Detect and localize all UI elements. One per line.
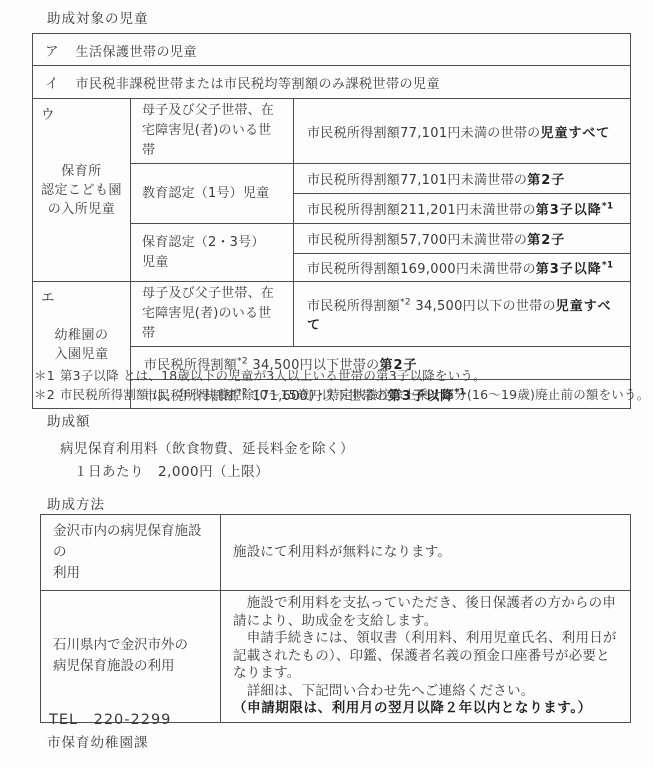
row-u-category-line: 認定こども園 [33, 181, 130, 200]
method-row-2-paragraph: 詳細は、下記問い合わせ先へご連絡ください。 [233, 683, 618, 701]
table-row-u-1: ウ 保育所 認定こども園 の入所児童 母子及び父子世帯、在宅障害児(者)のいる世… [33, 99, 631, 164]
row-e-label: エ [41, 286, 55, 306]
row-u-condition-1: 市民税所得割額77,101円未満の世帯の児童すべて [294, 99, 631, 164]
eligibility-table: ア生活保護世帯の児童 イ市民税非課税世帯または市民税均等割額のみ課税世帯の児童 … [32, 33, 631, 409]
row-u-condition-4: 市民税所得割額57,700円未満世帯の第2子 [294, 224, 631, 254]
row-e-category-line: 入園児童 [33, 345, 130, 364]
condition-target: 第2子 [527, 233, 565, 248]
row-u-category-line: の入所児童 [33, 200, 130, 219]
section-title-eligible-children: 助成対象の児童 [47, 7, 149, 27]
condition-target: 第3子以降 [536, 203, 602, 218]
row-u-category: 保育所 認定こども園 の入所児童 [33, 162, 130, 219]
method-row-1-paragraph: 施設にて利用料が無料になります。 [233, 544, 618, 562]
contact-phone: TEL 220-2299 [49, 708, 171, 729]
condition-target: 第2子 [527, 173, 565, 188]
method-row-outside-city: 石川県内で金沢市外の 病児保育施設の利用 施設で利用料を支払っていただき、後日保… [41, 591, 631, 723]
row-u-type2-cell: 保育認定（2・3号） 児童 [131, 224, 294, 282]
row-u-label: ウ [41, 103, 55, 123]
row-u-type1-cell: 教育認定（1号）児童 [131, 164, 294, 224]
condition-text: 市民税所得割額169,000円未満世帯の [307, 262, 536, 277]
method-row-2-paragraph: 申請手続きには、領収書（利用料、利用児童氏名、利用日が記載されたもの）、印鑑、保… [233, 630, 618, 683]
document-page: 助成対象の児童 ア生活保護世帯の児童 イ市民税非課税世帯または市民税均等割額のみ… [0, 0, 653, 768]
row-a-text: 生活保護世帯の児童 [76, 45, 198, 60]
row-e-category-line: 幼稚園の [33, 326, 130, 345]
row-u-condition-2: 市民税所得割額77,101円未満世帯の第2子 [294, 164, 631, 194]
method-row-2-label-line: 病児保育施設の利用 [53, 656, 210, 677]
row-u-condition-5: 市民税所得割額169,000円未満世帯の第3子以降*1 [294, 254, 631, 282]
condition-text: 34,500円以下の世帯の [411, 299, 556, 314]
row-u-household-cell: 母子及び父子世帯、在宅障害児(者)のいる世帯 [131, 99, 294, 164]
section-title-subsidy-amount: 助成額 [47, 410, 91, 430]
row-u-category-cell: ウ 保育所 認定こども園 の入所児童 [33, 99, 131, 282]
row-u-type2-line: 児童 [142, 253, 281, 273]
row-e-condition-1: 市民税所得割額*2 34,500円以下の世帯の児童すべて [294, 282, 631, 347]
condition-footnote-ref: *2 [400, 298, 411, 308]
row-u-category-line: 保育所 [33, 162, 130, 181]
row-u-condition-3: 市民税所得割額211,201円未満世帯の第3子以降*1 [294, 194, 631, 224]
footnote-2-marker: ＊2 [34, 387, 55, 402]
condition-target: 第3子以降 [536, 262, 602, 277]
subsidy-amount-description: 病児保育利用料（飲食物費、延長料金を除く） [60, 437, 354, 457]
row-e-household-cell: 母子及び父子世帯、在宅障害児(者)のいる世帯 [131, 282, 294, 347]
method-row-inside-city: 金沢市内の病児保育施設の 利用 施設にて利用料が無料になります。 [41, 515, 631, 591]
method-row-2-label-line: 石川県内で金沢市外の [53, 635, 210, 656]
condition-text: 市民税所得割額77,101円未満世帯の [307, 173, 527, 188]
row-u-type2-line: 保育認定（2・3号） [142, 233, 281, 253]
row-i-label: イ [45, 72, 59, 92]
table-row-a: ア生活保護世帯の児童 [33, 34, 631, 66]
condition-text: 市民税所得割額 [307, 299, 400, 314]
condition-text: 市民税所得割額57,700円未満世帯の [307, 233, 527, 248]
row-i-cell: イ市民税非課税世帯または市民税均等割額のみ課税世帯の児童 [33, 66, 631, 99]
method-row-2-description: 施設で利用料を支払っていただき、後日保護者の方からの申請により、助成金を支給しま… [221, 591, 631, 723]
subsidy-amount-value: １日あたり 2,000円（上限） [74, 460, 269, 480]
section-title-subsidy-method: 助成方法 [47, 493, 105, 513]
row-i-text: 市民税非課税世帯または市民税均等割額のみ課税世帯の児童 [76, 77, 441, 92]
method-row-1-label-line: 金沢市内の病児保育施設の [53, 521, 210, 563]
condition-footnote-ref: *1 [602, 202, 614, 212]
footnote-2-text: 市民税所得割額 は、年少扶養控除(0～15歳)・特定扶養控除上乗せ部分(16～1… [60, 387, 650, 402]
table-row-e-1: エ 幼稚園の 入園児童 母子及び父子世帯、在宅障害児(者)のいる世帯 市民税所得… [33, 282, 631, 347]
method-row-1-label-line: 利用 [53, 563, 210, 584]
row-a-cell: ア生活保護世帯の児童 [33, 34, 631, 66]
footnote-1: ＊1第3子以降 とは、18歳以下の児童が3人以上いる世帯の第3子以降をいう。 [34, 366, 486, 384]
footnote-1-marker: ＊1 [34, 368, 55, 383]
condition-text: 市民税所得割額77,101円未満の世帯の [307, 126, 541, 141]
row-a-label: ア [45, 40, 59, 60]
method-table: 金沢市内の病児保育施設の 利用 施設にて利用料が無料になります。 石川県内で金沢… [40, 514, 631, 723]
method-row-2-paragraph: 施設で利用料を支払っていただき、後日保護者の方からの申請により、助成金を支給しま… [233, 595, 618, 630]
footnote-2: ＊2市民税所得割額 は、年少扶養控除(0～15歳)・特定扶養控除上乗せ部分(16… [34, 385, 649, 403]
method-row-2-label: 石川県内で金沢市外の 病児保育施設の利用 [41, 591, 221, 723]
contact-department: 市保育幼稚園課 [47, 731, 149, 751]
condition-footnote-ref: *2 [237, 356, 248, 366]
method-row-1-description: 施設にて利用料が無料になります。 [221, 515, 631, 591]
condition-target: 児童すべて [541, 126, 611, 141]
condition-footnote-ref: *1 [602, 261, 614, 271]
condition-text: 市民税所得割額211,201円未満世帯の [307, 203, 536, 218]
row-e-category: 幼稚園の 入園児童 [33, 326, 130, 364]
table-row-i: イ市民税非課税世帯または市民税均等割額のみ課税世帯の児童 [33, 66, 631, 99]
method-row-2-deadline-note: （申請期限は、利用月の翌月以降２年以内となります。） [233, 700, 618, 718]
method-row-1-label: 金沢市内の病児保育施設の 利用 [41, 515, 221, 591]
footnote-1-text: 第3子以降 とは、18歳以下の児童が3人以上いる世帯の第3子以降をいう。 [60, 368, 486, 383]
